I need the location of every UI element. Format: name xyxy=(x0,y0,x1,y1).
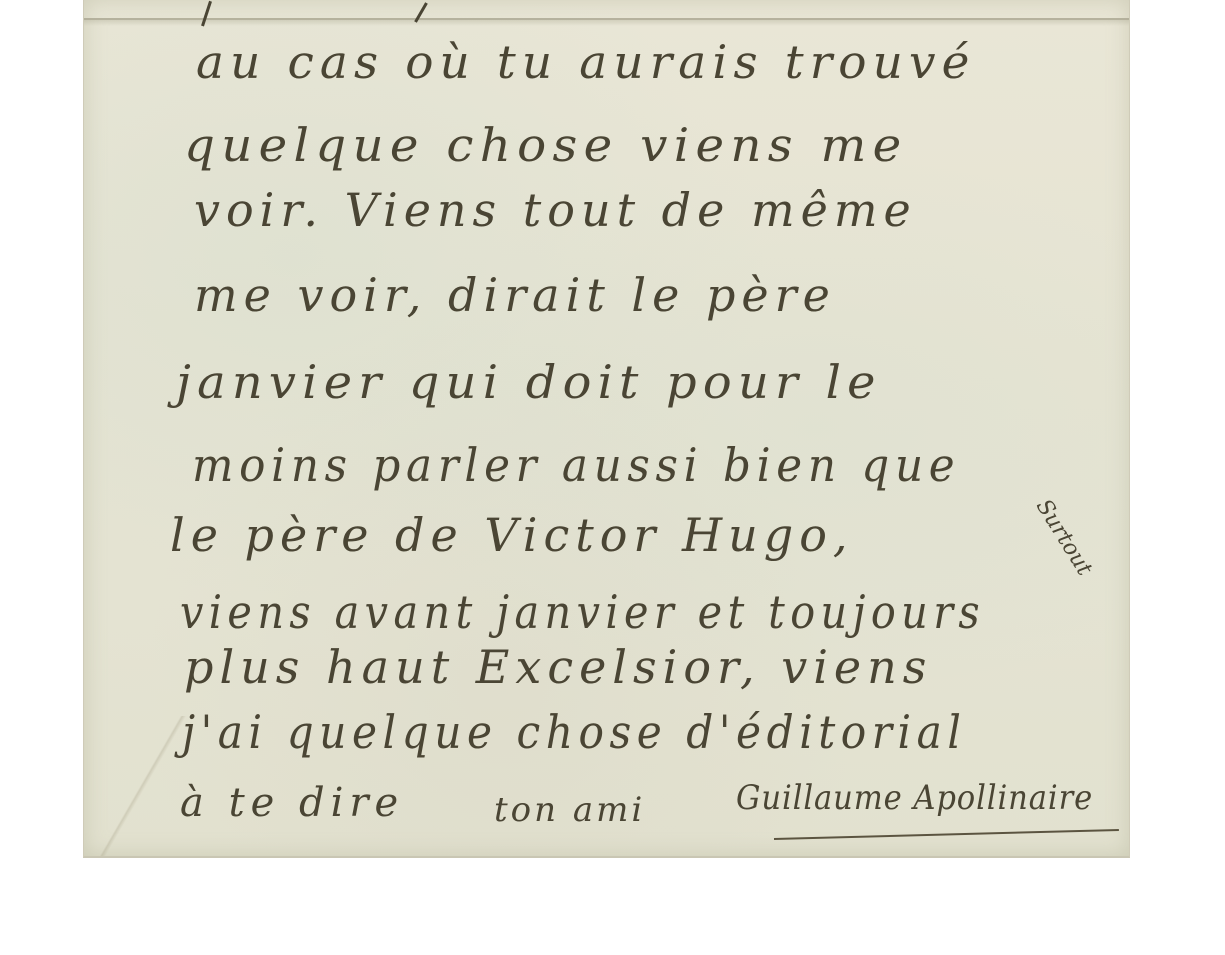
letter-line-9: plus haut Excelsior, viens xyxy=(184,640,932,694)
letter-paper: au cas où tu aurais trouvé quelque chose… xyxy=(83,0,1130,858)
letter-line-11: à te dire xyxy=(180,780,404,826)
letter-line-5: janvier qui doit pour le xyxy=(176,355,882,409)
fold-shadow xyxy=(84,20,1129,26)
letter-line-10: j'ai quelque chose d'éditorial xyxy=(182,705,966,759)
letter-line-8: viens avant janvier et toujours xyxy=(180,585,985,639)
letter-line-4: me voir, dirait le père xyxy=(194,268,836,322)
signature: Guillaume Apollinaire xyxy=(736,778,1093,818)
letter-line-6: moins parler aussi bien que xyxy=(192,438,960,492)
margin-note-surtout: Surtout xyxy=(1031,495,1097,580)
letter-line-7: le père de Victor Hugo, xyxy=(170,508,854,562)
letter-line-2: quelque chose viens me xyxy=(184,118,908,172)
closing-text: ton ami xyxy=(494,790,645,830)
letter-line-1: au cas où tu aurais trouvé xyxy=(196,35,975,89)
letter-line-3: voir. Viens tout de même xyxy=(194,183,917,237)
signature-underline xyxy=(774,829,1119,840)
